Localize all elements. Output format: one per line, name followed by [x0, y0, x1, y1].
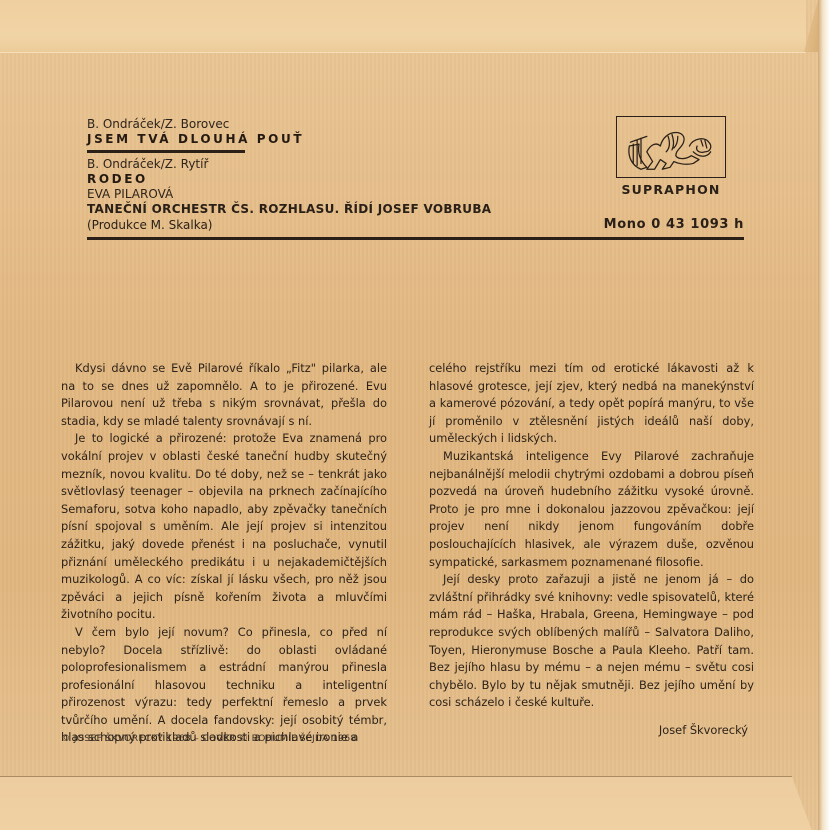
- label-name: SUPRAPHON: [616, 182, 726, 197]
- author-signature: Josef Škvorecký: [429, 722, 754, 740]
- liner-paragraph: Muzikantská inteligence Evy Pilarové zac…: [429, 448, 754, 571]
- liner-paragraph: celého rejstříku mezi tím od erotické lá…: [429, 360, 754, 448]
- divider-short: [87, 150, 245, 153]
- liner-paragraph: Její desky proto zařazuji a jistě ne jen…: [429, 571, 754, 712]
- supraphon-logo-icon: [616, 116, 726, 178]
- liner-paragraph: Kdysi dávno se Evě Pilarové říkalo „Fitz…: [61, 360, 387, 430]
- sleeve-bottom-flap: [0, 776, 812, 830]
- liner-paragraph: V čem bylo její novum? Co přinesla, co p…: [61, 624, 387, 747]
- sleeve-right-edge: [818, 0, 830, 830]
- orchestra-credit: TANEČNÍ ORCHESTR ČS. ROZHLASU. ŘÍDÍ JOSE…: [87, 202, 747, 217]
- catalog-number: Mono 0 43 1093 h: [588, 217, 744, 232]
- sleeve-top-flap: [0, 0, 806, 53]
- divider-long: [87, 237, 744, 240]
- copyright-notice: © JOSEF ŠKVORECKÝ 1968 – COVER © BOHUMIL…: [61, 733, 401, 744]
- liner-notes-right-column: celého rejstříku mezi tím od erotické lá…: [429, 360, 754, 739]
- liner-paragraph: Je to logické a přirozené: protože Eva z…: [61, 430, 387, 624]
- liner-notes-left-column: Kdysi dávno se Evě Pilarové říkalo „Fitz…: [61, 360, 387, 747]
